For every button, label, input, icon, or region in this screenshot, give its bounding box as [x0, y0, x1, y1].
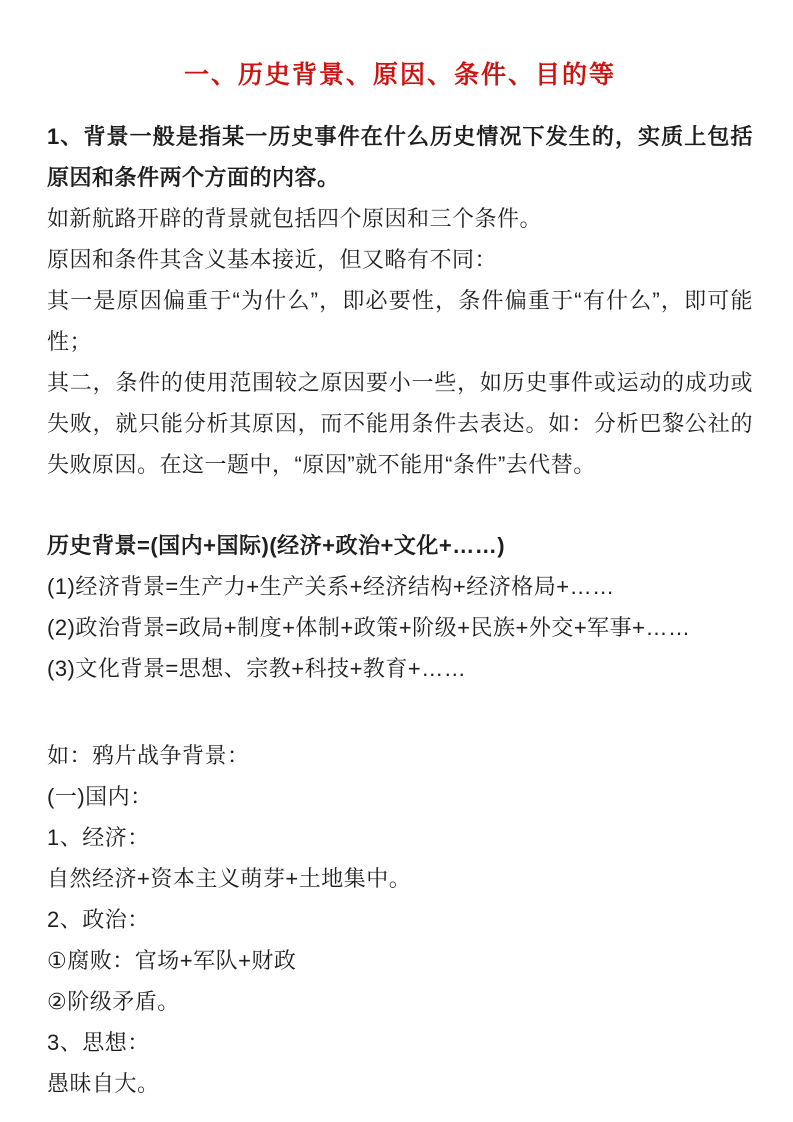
- paragraph-politics-class-conflict: ②阶级矛盾。: [47, 981, 753, 1022]
- page-title: 一、历史背景、原因、条件、目的等: [47, 54, 753, 96]
- paragraph-domestic-heading: (一)国内：: [47, 776, 753, 817]
- paragraph-difference-one: 其一是原因偏重于“为什么”，即必要性，条件偏重于“有什么”，即可能性；: [47, 280, 753, 362]
- paragraph-politics-corruption: ①腐败：官场+军队+财政: [47, 940, 753, 981]
- paragraph-new-route-example: 如新航路开辟的背景就包括四个原因和三个条件。: [47, 198, 753, 239]
- paragraph-example-heading: 如：鸦片战争背景：: [47, 735, 753, 776]
- paragraph-formula-history-background: 历史背景=(国内+国际)(经济+政治+文化+……): [47, 525, 753, 566]
- section-opium-war-example: 如：鸦片战争背景： (一)国内： 1、经济： 自然经济+资本主义萌芽+土地集中。…: [47, 735, 753, 1104]
- paragraph-thought-heading: 3、思想：: [47, 1022, 753, 1063]
- paragraph-economy-detail: 自然经济+资本主义萌芽+土地集中。: [47, 858, 753, 899]
- paragraph-cause-condition-similarity: 原因和条件其含义基本接近，但又略有不同：: [47, 239, 753, 280]
- section-spacer: [47, 689, 753, 735]
- paragraph-politics-heading: 2、政治：: [47, 899, 753, 940]
- paragraph-difference-two: 其二，条件的使用范围较之原因要小一些，如历史事件或运动的成功或失败，就只能分析其…: [47, 362, 753, 485]
- paragraph-thought-detail: 愚昧自大。: [47, 1063, 753, 1104]
- paragraph-formula-political: (2)政治背景=政局+制度+体制+政策+阶级+民族+外交+军事+……: [47, 607, 753, 648]
- paragraph-formula-economic: (1)经济背景=生产力+生产关系+经济结构+经济格局+……: [47, 566, 753, 607]
- section-background-formula: 历史背景=(国内+国际)(经济+政治+文化+……) (1)经济背景=生产力+生产…: [47, 525, 753, 689]
- paragraph-economy-heading: 1、经济：: [47, 817, 753, 858]
- paragraph-background-definition: 1、背景一般是指某一历史事件在什么历史情况下发生的，实质上包括原因和条件两个方面…: [47, 116, 753, 198]
- document-page: 一、历史背景、原因、条件、目的等 1、背景一般是指某一历史事件在什么历史情况下发…: [0, 0, 793, 1122]
- section-intro: 1、背景一般是指某一历史事件在什么历史情况下发生的，实质上包括原因和条件两个方面…: [47, 116, 753, 485]
- section-spacer: [47, 485, 753, 525]
- paragraph-formula-cultural: (3)文化背景=思想、宗教+科技+教育+……: [47, 648, 753, 689]
